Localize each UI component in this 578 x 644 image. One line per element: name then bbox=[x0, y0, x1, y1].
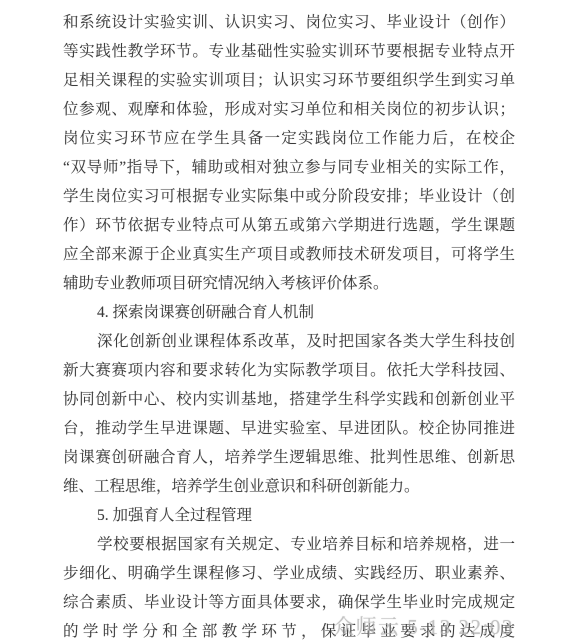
text-line: 学校要根据国家有关规定、专业培养目标和培养规格，进一 bbox=[63, 530, 515, 559]
text-line: 5. 加强育人全过程管理 bbox=[63, 501, 515, 530]
text-line: 深化创新创业课程体系改革，及时把国家各类大学生科技创 bbox=[63, 327, 515, 356]
text-line: 学生岗位实习可根据专业实际集中或分阶段安排；毕业设计（创 bbox=[63, 182, 515, 211]
text-line: 应全部来源于企业真实生产项目或教师技术研发项目，可将学生 bbox=[63, 240, 515, 269]
document-page: 和系统设计实验实训、认识实习、岗位实习、毕业设计（创作）等实践性教学环节。专业基… bbox=[0, 0, 578, 644]
text-line: 的学时学分和全部教学环节，保证毕业要求的达成度 bbox=[63, 617, 515, 644]
text-line: “双导师”指导下，辅助或相对独立参与同专业相关的实际工作， bbox=[63, 153, 515, 182]
text-line: 台，推动学生早进课题、早进实验室、早进团队。校企协同推进 bbox=[63, 414, 515, 443]
text-line: 作）环节依据专业特点可从第五或第六学期进行选题，学生课题 bbox=[63, 211, 515, 240]
text-line: 足相关课程的实验实训项目；认识实习环节要组织学生到实习单 bbox=[63, 66, 515, 95]
text-line: 辅助专业教师项目研究情况纳入考核评价体系。 bbox=[63, 269, 515, 298]
text-line: 4. 探索岗课赛创研融合育人机制 bbox=[63, 298, 515, 327]
text-block: 和系统设计实验实训、认识实习、岗位实习、毕业设计（创作）等实践性教学环节。专业基… bbox=[63, 8, 515, 644]
text-line: 岗位实习环节应在学生具备一定实践岗位工作能力后，在校企 bbox=[63, 124, 515, 153]
text-line: 综合素质、毕业设计等方面具体要求，确保学生毕业时完成规定 bbox=[63, 588, 515, 617]
text-line: 新大赛赛项内容和要求转化为实际教学项目。依托大学科技园、 bbox=[63, 356, 515, 385]
text-line: 步细化、明确学生课程修习、学业成绩、实践经历、职业素养、 bbox=[63, 559, 515, 588]
text-line: 协同创新中心、校内实训基地，搭建学生科学实践和创新创业平 bbox=[63, 385, 515, 414]
text-line: 岗课赛创研融合育人，培养学生逻辑思维、批判性思维、创新思 bbox=[63, 443, 515, 472]
text-line: 等实践性教学环节。专业基础性实验实训环节要根据专业特点开 bbox=[63, 37, 515, 66]
text-line: 位参观、观摩和体验，形成对实习单位和相关岗位的初步认识； bbox=[63, 95, 515, 124]
text-line: 和系统设计实验实训、认识实习、岗位实习、毕业设计（创作） bbox=[63, 8, 515, 37]
text-line: 维、工程思维，培养学生创业意识和科研创新能力。 bbox=[63, 472, 515, 501]
